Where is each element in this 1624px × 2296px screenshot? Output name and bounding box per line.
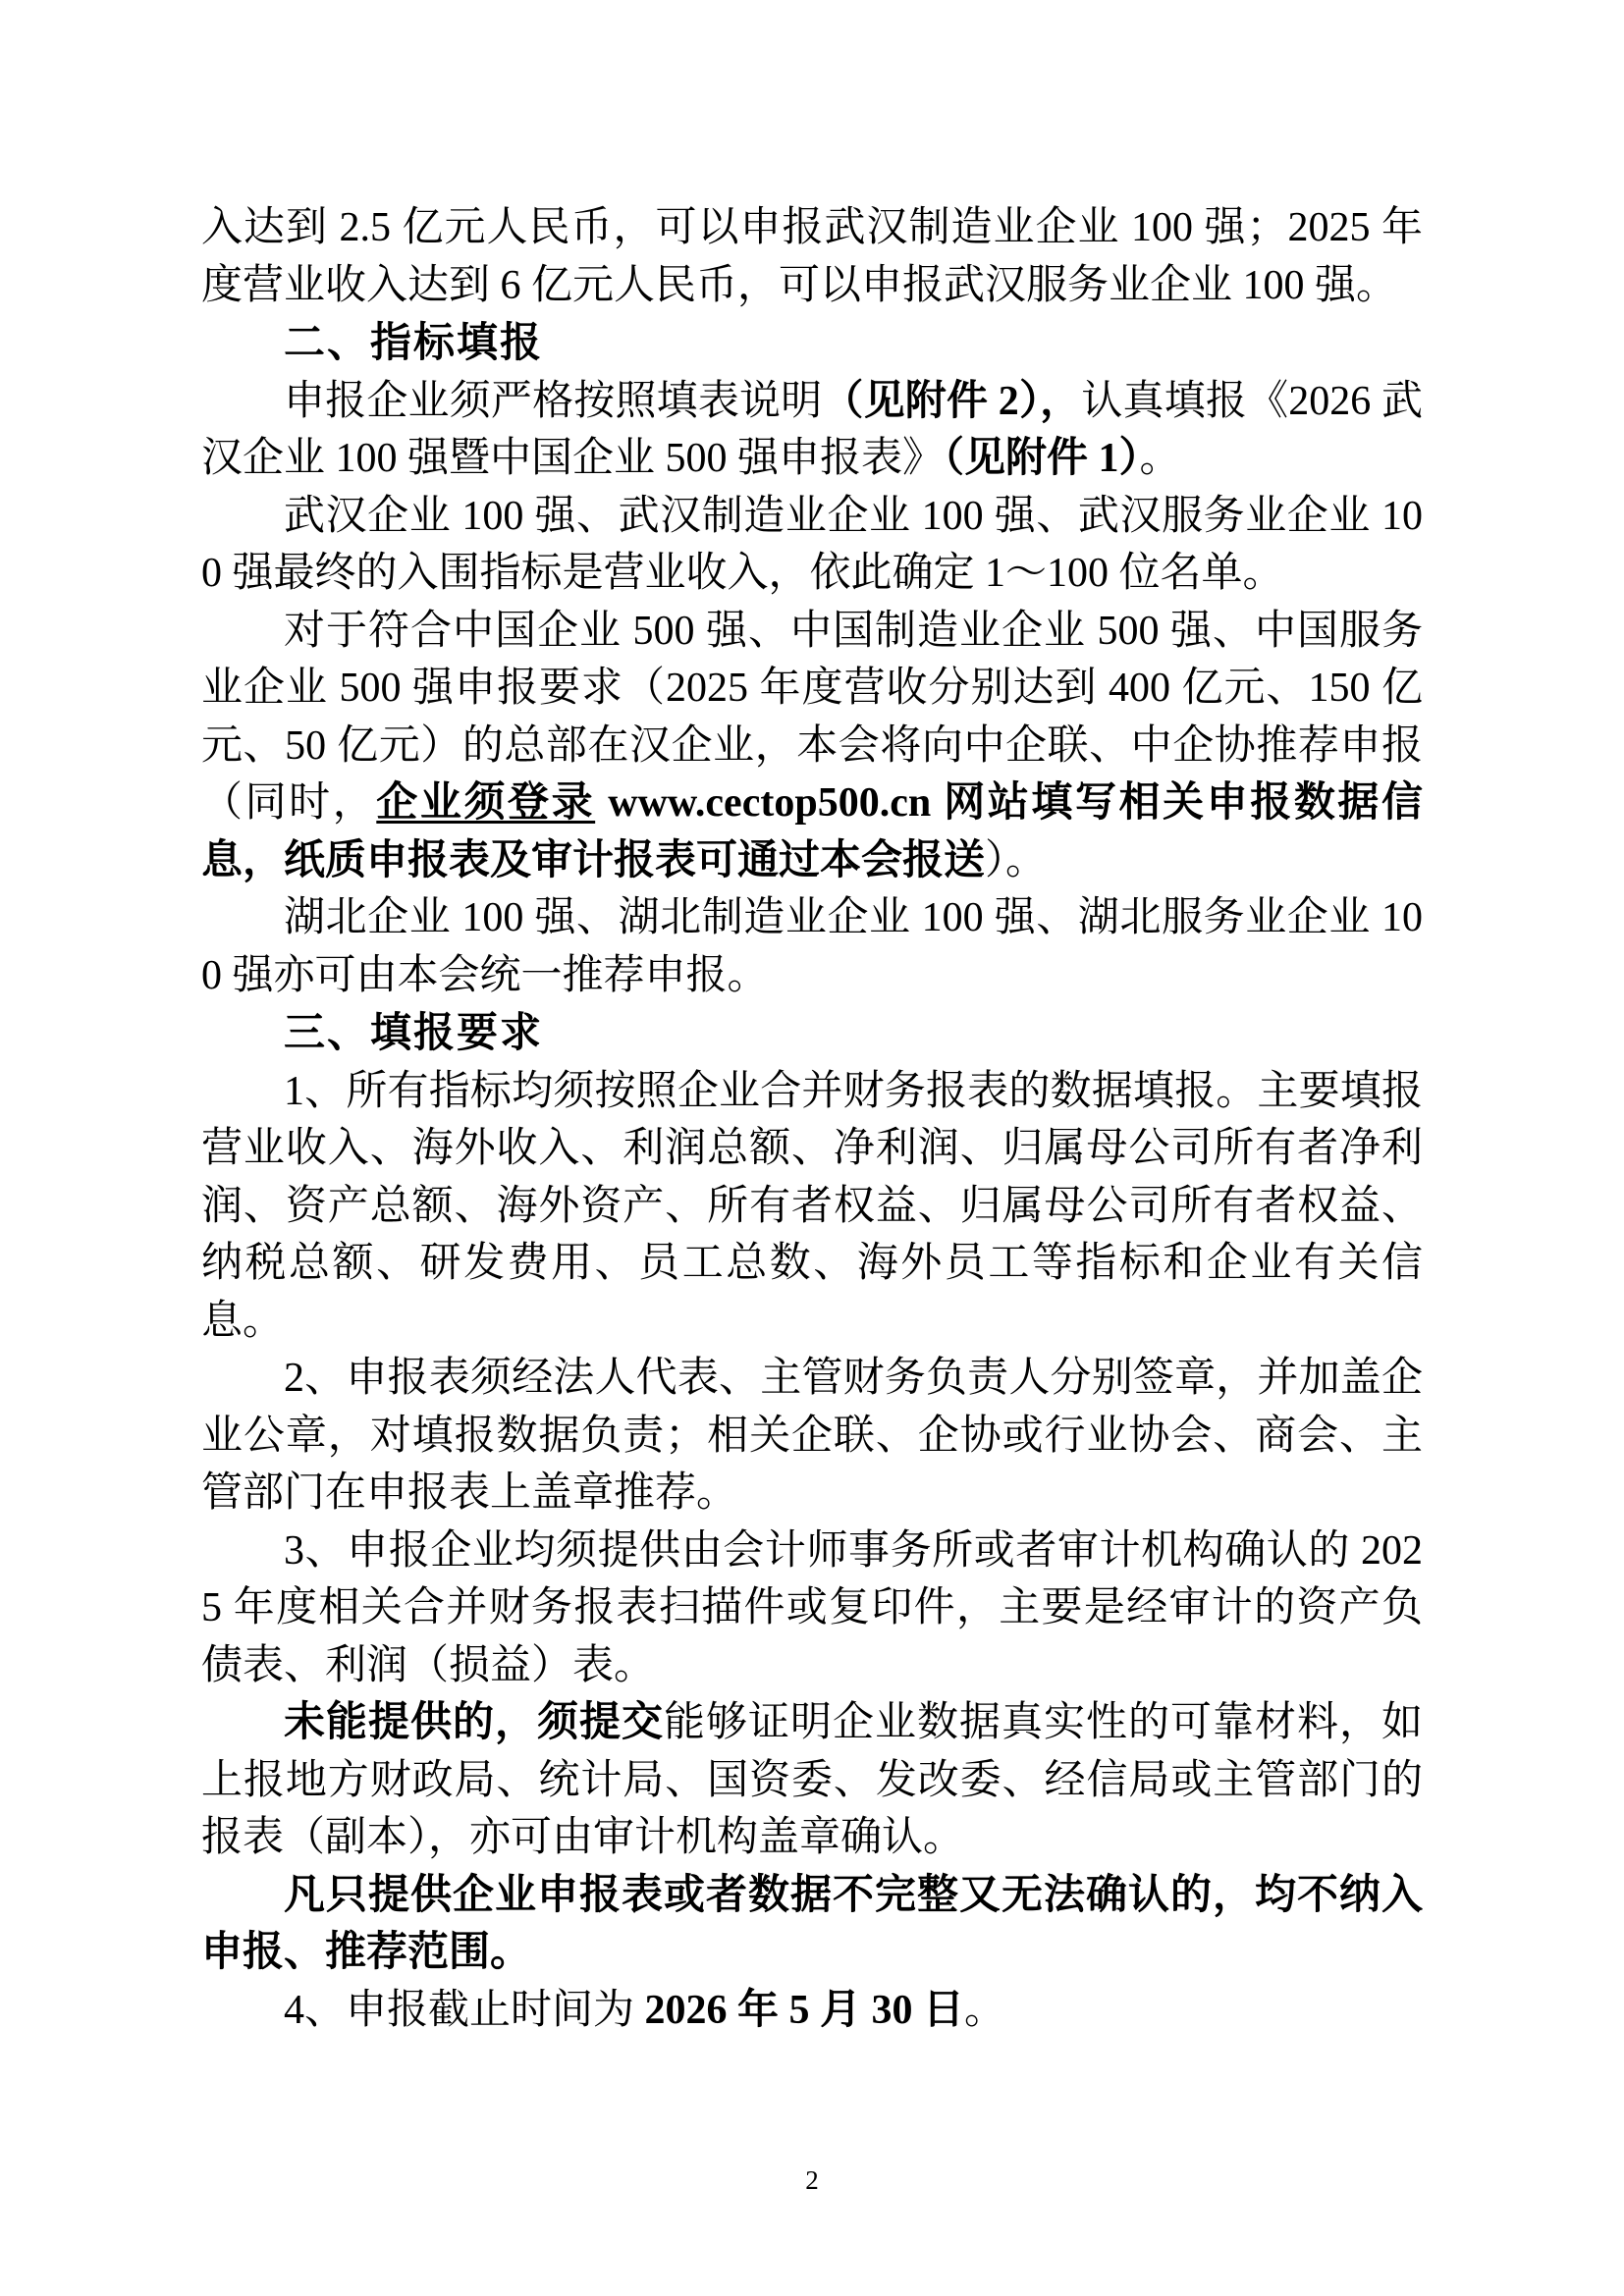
para-revenue-thresholds: 入达到 2.5 亿元人民币，可以申报武汉制造业企业 100 强；2025 年度营… (201, 199, 1423, 314)
para-ranking-criteria: 武汉企业 100 强、武汉制造业企业 100 强、武汉服务业企业 100 强最终… (201, 488, 1423, 603)
paragraph-text: 武汉企业 100 强、武汉制造业企业 100 强、武汉服务业企业 100 强最终… (201, 494, 1423, 597)
emphasis-exclusion: 凡只提供企业申报表或者数据不完整又无法确认的，均不纳入申报、推荐范围。 (201, 1873, 1423, 1976)
paragraph-text: 1、所有指标均须按照企业合并财务报表的数据填报。主要填报营业收入、海外收入、利润… (201, 1069, 1423, 1344)
para-requirement-2: 2、申报表须经法人代表、主管财务负责人分别签章，并加盖企业公章，对填报数据负责；… (201, 1350, 1423, 1522)
emphasis-deadline-date: 2026 年 5 月 30 日 (645, 1988, 965, 2033)
emphasis-must-submit: 未能提供的，须提交 (284, 1700, 664, 1745)
para-deadline: 4、申报截止时间为 2026 年 5 月 30 日。 (201, 1982, 1423, 2040)
paragraph-text: 入达到 2.5 亿元人民币，可以申报武汉制造业企业 100 强；2025 年度营… (201, 205, 1423, 308)
document-content: 入达到 2.5 亿元人民币，可以申报武汉制造业企业 100 强；2025 年度营… (201, 199, 1423, 2039)
paragraph-text: 3、申报企业均须提供由会计师事务所或者审计机构确认的 2025 年度相关合并财务… (201, 1528, 1423, 1688)
paragraph-text: ）。 (985, 838, 1047, 883)
para-hubei-top100: 湖北企业 100 强、湖北制造业企业 100 强、湖北服务业企业 100 强亦可… (201, 889, 1423, 1004)
paragraph-text: 4、申报截止时间为 (284, 1988, 645, 2033)
para-china-top500-recommendation: 对于符合中国企业 500 强、中国制造业企业 500 强、中国服务业企业 500… (201, 603, 1423, 890)
para-requirement-3: 3、申报企业均须提供由会计师事务所或者审计机构确认的 2025 年度相关合并财务… (201, 1522, 1423, 1695)
page-number: 2 (0, 2165, 1624, 2196)
para-exclusion-warning: 凡只提供企业申报表或者数据不完整又无法确认的，均不纳入申报、推荐范围。 (201, 1867, 1423, 1982)
emphasis-must-login: 企业须登录 (376, 780, 595, 826)
section-heading-text: 二、指标填报 (284, 319, 543, 365)
section-heading-text: 三、填报要求 (284, 1009, 543, 1055)
emphasis-attachment-2: （见附件 2）， (822, 379, 1081, 424)
paragraph-text: 2、申报表须经法人代表、主管财务负责人分别签章，并加盖企业公章，对填报数据负责；… (201, 1356, 1423, 1516)
paragraph-text: 湖北企业 100 强、湖北制造业企业 100 强、湖北服务业企业 100 强亦可… (201, 895, 1423, 998)
emphasis-attachment-1: （见附件 1） (944, 436, 1140, 481)
paragraph-text: 申报企业须严格按照填表说明 (284, 379, 822, 424)
para-form-instructions: 申报企业须严格按照填表说明（见附件 2），认真填报《2026 武汉企业 100 … (201, 373, 1423, 488)
paragraph-text: 。 (1140, 436, 1181, 481)
para-alternative-materials: 未能提供的，须提交能够证明企业数据真实性的可靠材料，如上报地方财政局、统计局、国… (201, 1694, 1423, 1867)
document-page: 入达到 2.5 亿元人民币，可以申报武汉制造业企业 100 强；2025 年度营… (0, 0, 1624, 2296)
para-requirement-1: 1、所有指标均须按照企业合并财务报表的数据填报。主要填报营业收入、海外收入、利润… (201, 1063, 1423, 1351)
heading-section-three: 三、填报要求 (201, 1004, 1423, 1063)
paragraph-text: 。 (964, 1988, 1005, 2033)
heading-section-two: 二、指标填报 (201, 314, 1423, 373)
